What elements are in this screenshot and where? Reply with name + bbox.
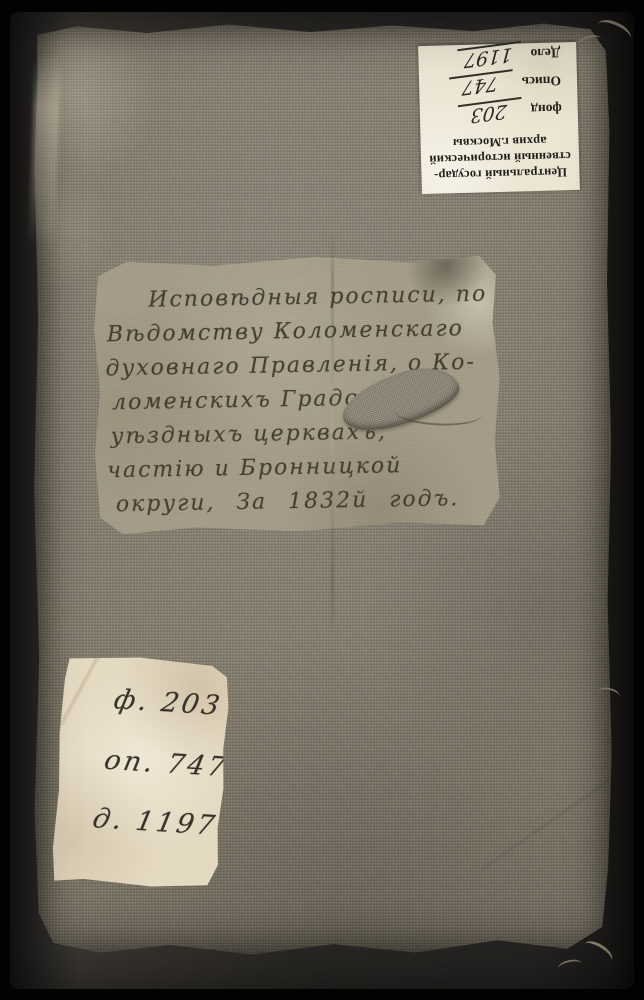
title-line: округи, За 1832й годъ. [116, 482, 495, 523]
stamp-field-label: Дело [530, 43, 560, 62]
shelf-line-fond: ф. 203 [111, 684, 233, 722]
archive-book-cover-photo: Центральный государ- ственный историческ… [0, 0, 644, 1000]
shelf-mark-label: ф. 203 оп. 747 д. 1197 [49, 651, 233, 893]
stamp-field-label: Опись [522, 71, 562, 90]
shelf-line-delo: д. 1197 [90, 803, 226, 842]
stamp-fields: фонд 203 Опись 747 Дело 1197 [424, 43, 572, 131]
archive-stamp-label: Центральный государ- ственный историческ… [418, 42, 580, 194]
handwritten-title-label: Исповѣдныя росписи, по Вѣдомству Коломен… [90, 252, 505, 537]
stamp-field-label: фонд [531, 99, 562, 118]
stamp-field-value: 1197 [456, 41, 521, 72]
stamp-field-row: Опись 747 [425, 71, 562, 103]
stamp-field-row: Дело 1197 [424, 43, 561, 75]
shelf-line-opis: оп. 747 [102, 745, 230, 783]
stamp-field-row: фонд 203 [426, 99, 563, 131]
crease-line [331, 232, 334, 640]
